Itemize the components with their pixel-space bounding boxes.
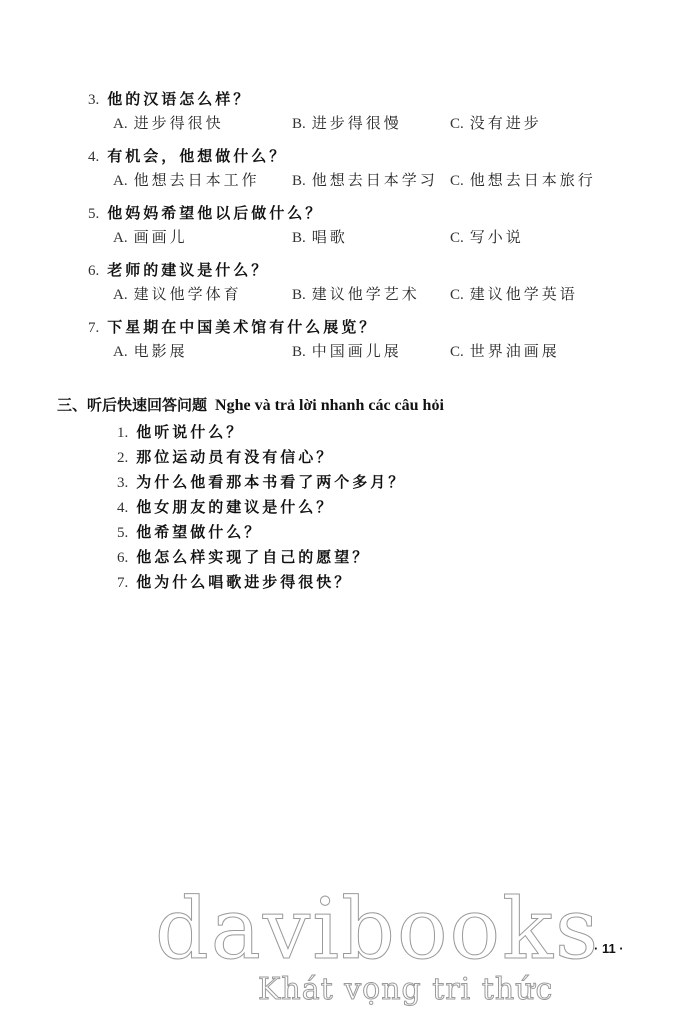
- watermark-slogan: Khát vọng tri thức: [258, 972, 553, 1007]
- section-heading-zh: 三、听后快速回答问题: [57, 396, 207, 414]
- section-heading: 三、听后快速回答问题Nghe và trả lời nhanh các câu …: [57, 394, 444, 415]
- option-4a: A.他想去日本工作: [113, 169, 260, 190]
- option-5c: C.写小说: [450, 226, 524, 247]
- section-heading-vi: Nghe và trả lời nhanh các câu hỏi: [215, 397, 444, 414]
- option-4b: B.他想去日本学习: [292, 169, 438, 190]
- option-3a: A.进步得很快: [113, 112, 224, 133]
- option-6a: A.建议他学体育: [113, 283, 242, 304]
- question-6: 6.老师的建议是什么？: [88, 259, 269, 280]
- option-6b: B.建议他学艺术: [292, 283, 420, 304]
- watermark-brand: davibooks: [155, 880, 600, 978]
- page-number: · 11 ·: [594, 941, 624, 956]
- option-7c: C.世界油画展: [450, 340, 560, 361]
- option-5b: B.唱歌: [292, 226, 348, 247]
- question-4: 4.有机会，他想做什么？: [88, 145, 287, 166]
- option-4c: C.他想去日本旅行: [450, 169, 596, 190]
- option-7b: B.中国画儿展: [292, 340, 402, 361]
- option-5a: A.画画儿: [113, 226, 188, 247]
- list-item: 3.为什么他看那本书看了两个多月？: [117, 471, 406, 492]
- option-3c: C.没有进步: [450, 112, 542, 133]
- option-3b: B.进步得很慢: [292, 112, 402, 133]
- list-item: 7.他为什么唱歌进步得很快？: [117, 571, 352, 592]
- option-6c: C.建议他学英语: [450, 283, 578, 304]
- list-item: 6.他怎么样实现了自己的愿望？: [117, 546, 370, 567]
- question-5: 5.他妈妈希望他以后做什么？: [88, 202, 323, 223]
- list-item: 5.他希望做什么？: [117, 521, 262, 542]
- list-item: 4.他女朋友的建议是什么？: [117, 496, 334, 517]
- option-7a: A.电影展: [113, 340, 188, 361]
- question-7: 7.下星期在中国美术馆有什么展览？: [88, 316, 377, 337]
- question-3: 3.他的汉语怎么样？: [88, 88, 251, 109]
- list-item: 2.那位运动员有没有信心？: [117, 446, 334, 467]
- list-item: 1.他听说什么？: [117, 421, 244, 442]
